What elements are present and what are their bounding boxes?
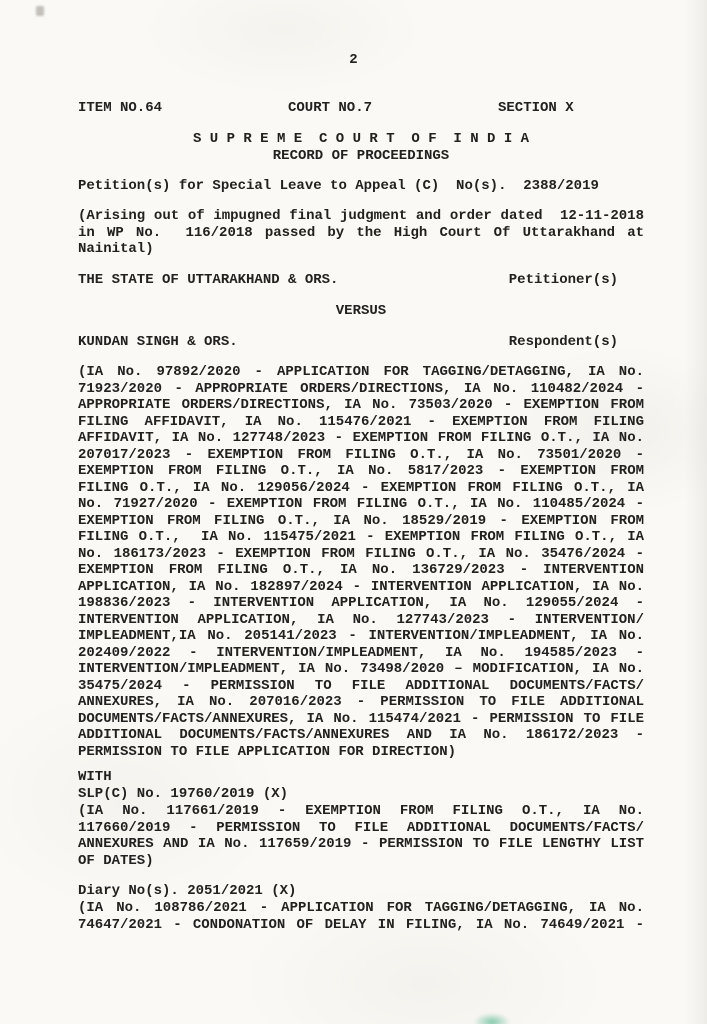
- item-number: ITEM NO.64: [78, 100, 162, 116]
- text-line: (IA No. 97892/2020 - APPLICATION FOR TAG…: [78, 364, 644, 381]
- record-subtitle: RECORD OF PROCEEDINGS: [78, 148, 644, 164]
- text-line: No. 71927/2020 - EXEMPTION FROM FILING O…: [78, 496, 644, 513]
- text-line: IMPLEADMENT,IA No. 205141/2023 - INTERVE…: [78, 628, 644, 645]
- versus-label: VERSUS: [78, 303, 644, 319]
- connected-case-slp-number: SLP(C) No. 19760/2019 (X): [78, 786, 288, 802]
- text-line: in WP No. 116/2018 passed by the High Co…: [78, 225, 644, 242]
- page-number: 2: [0, 52, 707, 68]
- text-line: 117660/2019 - PERMISSION TO FILE ADDITIO…: [78, 820, 644, 837]
- text-line: No. 186173/2023 - EXEMPTION FROM FILING …: [78, 546, 644, 563]
- text-line: EXEMPTION FROM FILING O.T., IA No. 13672…: [78, 562, 644, 579]
- text-line: Nainital): [78, 241, 644, 258]
- text-line: 71923/2020 - APPROPRIATE ORDERS/DIRECTIO…: [78, 381, 644, 398]
- text-line: 35475/2024 - PERMISSION TO FILE ADDITION…: [78, 678, 644, 695]
- ia-applications-block: (IA No. 97892/2020 - APPLICATION FOR TAG…: [78, 364, 644, 760]
- court-number: COURT NO.7: [288, 100, 372, 116]
- court-order-page: 2 ITEM NO.64 COURT NO.7 SECTION X S U P …: [0, 0, 707, 1024]
- petitioner-row: THE STATE OF UTTARAKHAND & ORS. Petition…: [78, 272, 644, 290]
- text-line: 74647/2021 - CONDONATION OF DELAY IN FIL…: [78, 917, 644, 934]
- text-line: INTERVENTION/IMPLEADMENT, IA No. 73498/2…: [78, 661, 644, 678]
- text-line: FILING AFFIDAVIT, IA No. 115476/2021 - E…: [78, 414, 644, 431]
- text-line: OF DATES): [78, 853, 644, 870]
- text-line: ANNEXURES AND IA No. 117659/2019 - PERMI…: [78, 836, 644, 853]
- text-line: 202409/2022 - INTERVENTION/IMPLEADMENT, …: [78, 645, 644, 662]
- respondent-name: KUNDAN SINGH & ORS.: [78, 334, 238, 350]
- connected-case-diary-ia-block: (IA No. 108786/2021 - APPLICATION FOR TA…: [78, 900, 644, 933]
- text-line: APPLICATION, IA No. 182897/2024 - INTERV…: [78, 579, 644, 596]
- petition-line: Petition(s) for Special Leave to Appeal …: [78, 178, 678, 194]
- text-line: 207017/2023 - EXEMPTION FROM FILING O.T.…: [78, 447, 644, 464]
- text-line: (IA No. 117661/2019 - EXEMPTION FROM FIL…: [78, 803, 644, 820]
- petitioner-label: Petitioner(s): [509, 272, 618, 288]
- court-title: S U P R E M E C O U R T O F I N D I A: [78, 131, 644, 147]
- text-line: EXEMPTION FROM FILING O.T., IA No. 18529…: [78, 513, 644, 530]
- text-line: ANNEXURES, IA No. 207016/2023 - PERMISSI…: [78, 694, 644, 711]
- section-label: SECTION X: [498, 100, 574, 116]
- with-label: WITH: [78, 769, 112, 785]
- text-line: (Arising out of impugned final judgment …: [78, 208, 644, 225]
- petitioner-name: THE STATE OF UTTARAKHAND & ORS.: [78, 272, 338, 288]
- text-line: FILING O.T., IA No. 129056/2024 - EXEMPT…: [78, 480, 644, 497]
- text-line: 198836/2023 - INTERVENTION APPLICATION, …: [78, 595, 644, 612]
- text-line: FILING O.T., IA No. 115475/2021 - EXEMPT…: [78, 529, 644, 546]
- text-line: ADDITIONAL DOCUMENTS/FACTS/ANNEXURES AND…: [78, 727, 644, 744]
- text-line: PERMISSION TO FILE APPLICATION FOR DIREC…: [78, 744, 644, 761]
- text-line: APPROPRIATE ORDERS/DIRECTIONS, IA No. 73…: [78, 397, 644, 414]
- green-stamp-mark: [474, 1013, 510, 1024]
- scan-smudge: [36, 6, 44, 16]
- respondent-label: Respondent(s): [509, 334, 618, 350]
- respondent-row: KUNDAN SINGH & ORS. Respondent(s): [78, 334, 644, 352]
- text-line: EXEMPTION FROM FILING O.T., IA No. 5817/…: [78, 463, 644, 480]
- text-line: AFFIDAVIT, IA No. 127748/2023 - EXEMPTIO…: [78, 430, 644, 447]
- connected-case-slp-ia-block: (IA No. 117661/2019 - EXEMPTION FROM FIL…: [78, 803, 644, 869]
- text-line: INTERVENTION APPLICATION, IA No. 127743/…: [78, 612, 644, 629]
- arising-note: (Arising out of impugned final judgment …: [78, 208, 644, 258]
- text-line: (IA No. 108786/2021 - APPLICATION FOR TA…: [78, 900, 644, 917]
- text-line: DOCUMENTS/FACTS/ANNEXURES, IA No. 115474…: [78, 711, 644, 728]
- connected-case-diary-number: Diary No(s). 2051/2021 (X): [78, 883, 296, 899]
- header-row: ITEM NO.64 COURT NO.7 SECTION X: [78, 100, 644, 118]
